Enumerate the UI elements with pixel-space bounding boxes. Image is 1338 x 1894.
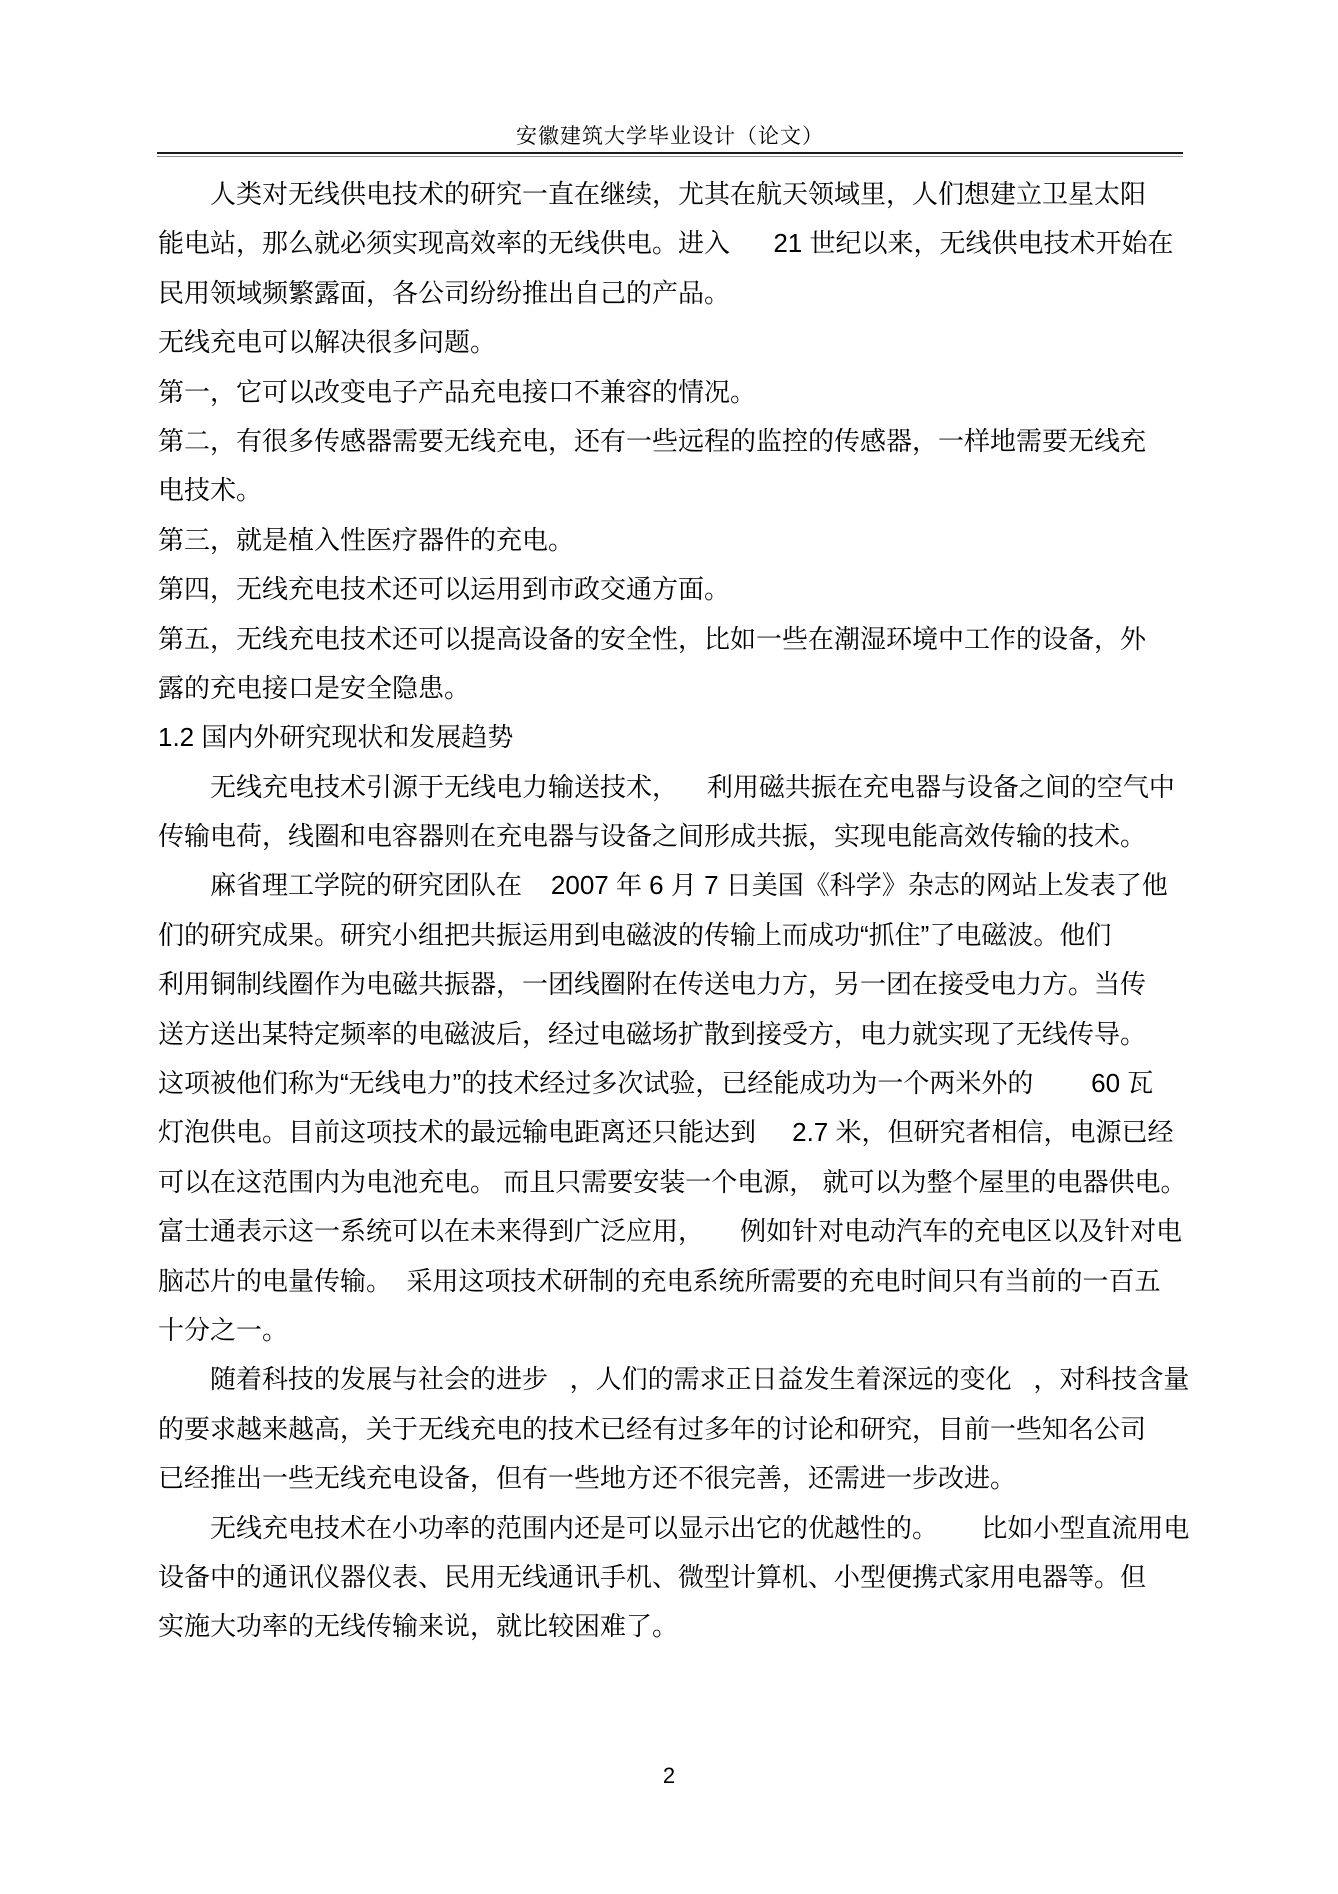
text-line: 第一，它可以改变电子产品充电接口不兼容的情况。 [158,368,1170,417]
text-line: 无线充电技术引源于无线电力输送技术， 利用磁共振在充电器与设备之间的空气中 [158,763,1170,812]
body-lines: 人类对无线供电技术的研究一直在继续，尤其在航天领域里，人们想建立卫星太阳能电站，… [158,170,1170,1652]
text-line: 电技术。 [158,466,1170,515]
header-rule [157,152,1183,157]
text-line: 随着科技的发展与社会的进步 ，人们的需求正日益发生着深远的变化 ，对科技含量 [158,1355,1170,1404]
text-line: 设备中的通讯仪器仪表、民用无线通讯手机、微型计算机、小型便携式家用电器等。但 [158,1553,1170,1602]
text-line: 第二，有很多传感器需要无线充电，还有一些远程的监控的传感器，一样地需要无线充 [158,417,1170,466]
text-line: 第五，无线充电技术还可以提高设备的安全性，比如一些在潮湿环境中工作的设备，外 [158,615,1170,664]
text-line: 传输电荷，线圈和电容器则在充电器与设备之间形成共振，实现电能高效传输的技术。 [158,812,1170,861]
text-line: 露的充电接口是安全隐患。 [158,664,1170,713]
text-line: 第三，就是植入性医疗器件的充电。 [158,516,1170,565]
text-line: 的要求越来越高，关于无线充电的技术已经有过多年的讨论和研究，目前一些知名公司 [158,1405,1170,1454]
text-line: 第四，无线充电技术还可以运用到市政交通方面。 [158,565,1170,614]
text-line: 无线充电技术在小功率的范围内还是可以显示出它的优越性的。 比如小型直流用电 [158,1504,1170,1553]
text-line: 送方送出某特定频率的电磁波后，经过电磁场扩散到接受方，电力就实现了无线传导。 [158,1010,1170,1059]
text-line: 能电站，那么就必须实现高效率的无线供电。进入 21 世纪以来，无线供电技术开始在 [158,219,1170,268]
text-line: 这项被他们称为“无线电力”的技术经过多次试验，已经能成功为一个两米外的 60 瓦 [158,1059,1170,1108]
page-header-title: 安徽建筑大学毕业设计（论文） [157,120,1183,150]
document-page: 安徽建筑大学毕业设计（论文） 人类对无线供电技术的研究一直在继续，尤其在航天领域… [0,0,1338,1894]
text-line: 民用领域频繁露面，各公司纷纷推出自己的产品。 [158,269,1170,318]
text-line: 脑芯片的电量传输。 采用这项技术研制的充电系统所需要的充电时间只有当前的一百五 [158,1257,1170,1306]
text-line: 灯泡供电。目前这项技术的最远输电距离还只能达到 2.7 米，但研究者相信，电源已… [158,1108,1170,1157]
text-line: 利用铜制线圈作为电磁共振器，一团线圈附在传送电力方，另一团在接受电力方。当传 [158,960,1170,1009]
text-line: 已经推出一些无线充电设备，但有一些地方还不很完善，还需进一步改进。 [158,1454,1170,1503]
text-line: 十分之一。 [158,1306,1170,1355]
page-number: 2 [0,1763,1338,1789]
text-line: 们的研究成果。研究小组把共振运用到电磁波的传输上而成功“抓住”了电磁波。他们 [158,911,1170,960]
text-line: 人类对无线供电技术的研究一直在继续，尤其在航天领域里，人们想建立卫星太阳 [158,170,1170,219]
text-line: 可以在这范围内为电池充电。 而且只需要安装一个电源， 就可以为整个屋里的电器供电… [158,1158,1170,1207]
text-line: 实施大功率的无线传输来说，就比较困难了。 [158,1602,1170,1651]
text-line: 1.2 国内外研究现状和发展趋势 [158,713,1170,762]
text-line: 麻省理工学院的研究团队在 2007 年 6 月 7 日美国《科学》杂志的网站上发… [158,861,1170,910]
text-line: 富士通表示这一系统可以在未来得到广泛应用， 例如针对电动汽车的充电区以及针对电 [158,1207,1170,1256]
text-line: 无线充电可以解决很多问题。 [158,318,1170,367]
